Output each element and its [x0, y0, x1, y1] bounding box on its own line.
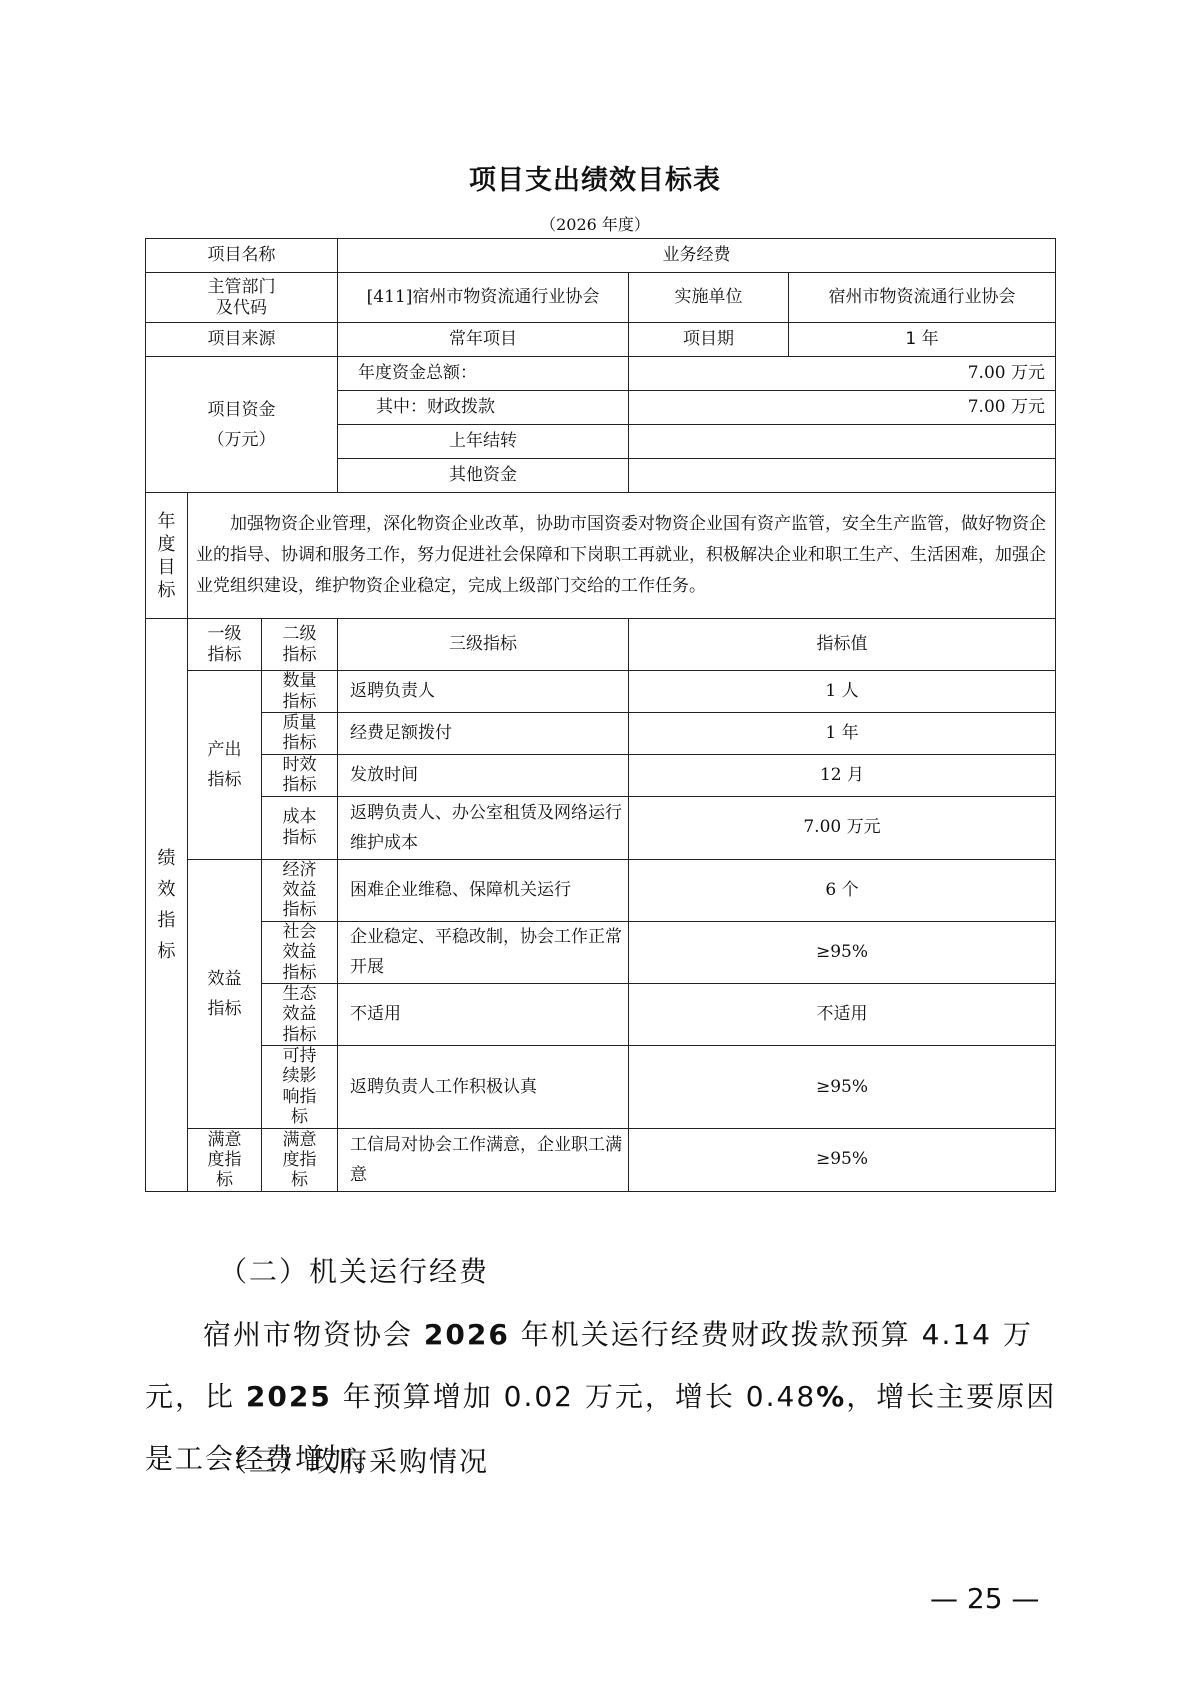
- satisfaction-indicator-label: 满意度指标: [188, 1128, 262, 1191]
- source-value: 常年项目: [338, 323, 629, 357]
- section-heading-operating-funds: （二）机关运行经费: [219, 1250, 489, 1290]
- section-heading-gov-procurement: （三）政府采购情况: [219, 1440, 489, 1480]
- source-label: 项目来源: [146, 323, 338, 357]
- row-source: 项目来源 常年项目 项目期 1 年: [146, 323, 1056, 357]
- period-value: 1 年: [789, 323, 1056, 357]
- perf-label: 绩效指标: [146, 619, 188, 1192]
- dept-label: 主管部门 及代码: [146, 273, 338, 323]
- header-level2: 二级指标: [262, 619, 338, 671]
- impl-unit-label: 实施单位: [629, 273, 789, 323]
- table-row: 可持续影响指标 返聘负责人工作积极认真 ≥95%: [146, 1046, 1056, 1129]
- dept-value: [411]宿州市物资流通行业协会: [338, 273, 629, 323]
- row-project-name: 项目名称 业务经费: [146, 239, 1056, 273]
- goal-text: 加强物资企业管理，深化物资企业改革，协助市国资委对物资企业国有资产监管，安全生产…: [188, 493, 1056, 619]
- funds-carryover-label: 上年结转: [338, 425, 629, 459]
- funds-fiscal-value: 7.00 万元: [629, 391, 1056, 425]
- document-subtitle: （2026 年度）: [0, 212, 1190, 235]
- header-level1: 一级指标: [188, 619, 262, 671]
- performance-target-table: 项目名称 业务经费 主管部门 及代码 [411]宿州市物资流通行业协会 实施单位…: [145, 238, 1056, 1192]
- table-row: 社会效益指标 企业稳定、平稳改制，协会工作正常开展 ≥95%: [146, 921, 1056, 983]
- document-title: 项目支出绩效目标表: [0, 158, 1190, 197]
- header-level3: 三级指标: [338, 619, 629, 671]
- table-row: 生态效益指标 不适用 不适用: [146, 983, 1056, 1045]
- impl-unit-value: 宿州市物资流通行业协会: [789, 273, 1056, 323]
- table-row: 质量指标 经费足额拨付 1 年: [146, 713, 1056, 755]
- table-row: 成本指标 返聘负责人、办公室租赁及网络运行维护成本 7.00 万元: [146, 796, 1056, 859]
- row-funds-total: 项目资金 （万元） 年度资金总额： 7.00 万元: [146, 357, 1056, 391]
- table-row: 满意度指标 满意度指标 工信局对协会工作满意，企业职工满意 ≥95%: [146, 1128, 1056, 1191]
- funds-label: 项目资金 （万元）: [146, 357, 338, 493]
- funds-fiscal-label: 其中：财政拨款: [338, 391, 629, 425]
- row-indicator-header: 绩效指标 一级指标 二级指标 三级指标 指标值: [146, 619, 1056, 671]
- table-row: 时效指标 发放时间 12 月: [146, 754, 1056, 796]
- funds-other-value: [629, 459, 1056, 493]
- goal-label: 年度目标: [146, 493, 188, 619]
- funds-other-label: 其他资金: [338, 459, 629, 493]
- table-row: 效益指标 经济效益指标 困难企业维稳、保障机关运行 6 个: [146, 859, 1056, 921]
- header-value: 指标值: [629, 619, 1056, 671]
- project-name-value: 业务经费: [338, 239, 1056, 273]
- row-annual-goal: 年度目标 加强物资企业管理，深化物资企业改革，协助市国资委对物资企业国有资产监管…: [146, 493, 1056, 619]
- benefit-indicator-label: 效益指标: [188, 859, 262, 1128]
- table-row: 产出指标 数量指标 返聘负责人 1 人: [146, 671, 1056, 713]
- funds-carryover-value: [629, 425, 1056, 459]
- funds-total-label: 年度资金总额：: [338, 357, 629, 391]
- page-number: — 25 —: [930, 1582, 1039, 1615]
- output-indicator-label: 产出指标: [188, 671, 262, 860]
- row-department: 主管部门 及代码 [411]宿州市物资流通行业协会 实施单位 宿州市物资流通行业…: [146, 273, 1056, 323]
- period-label: 项目期: [629, 323, 789, 357]
- funds-total-value: 7.00 万元: [629, 357, 1056, 391]
- project-name-label: 项目名称: [146, 239, 338, 273]
